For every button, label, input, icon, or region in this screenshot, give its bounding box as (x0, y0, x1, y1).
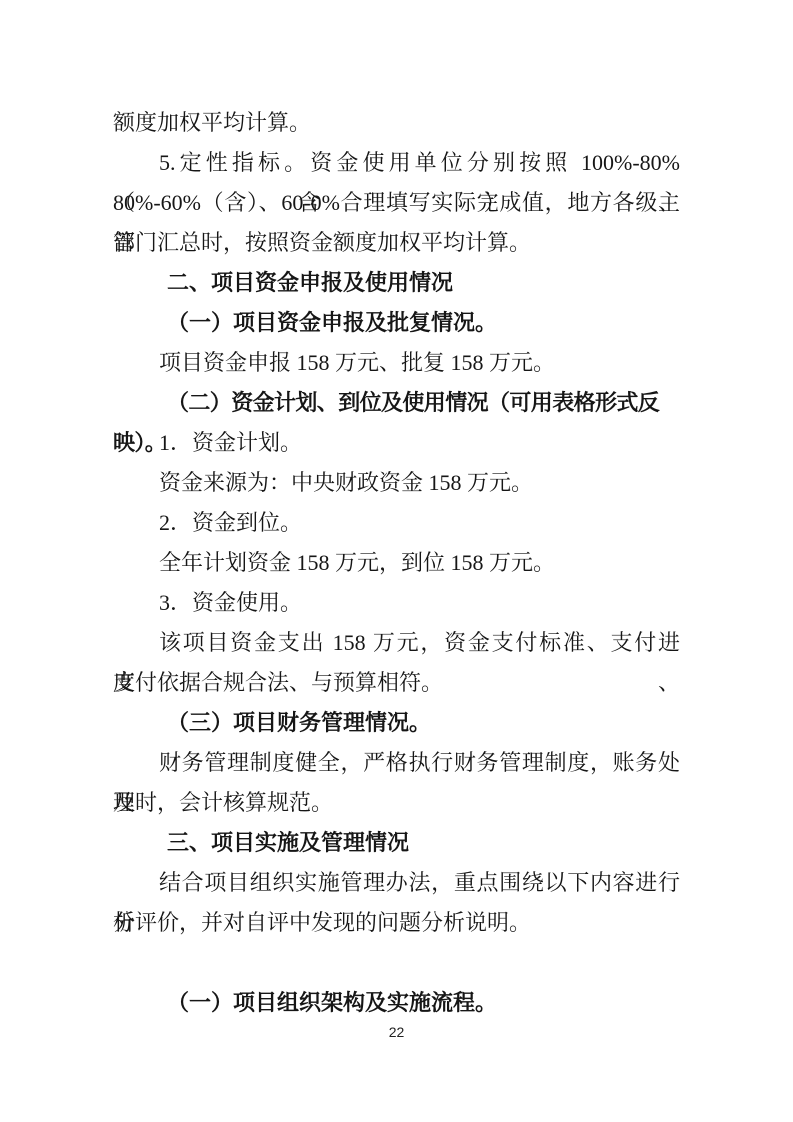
text-line: 5.定性指标。资金使用单位分别按照 100%-80%（含）、 (113, 143, 680, 183)
text-line: 析评价，并对自评中发现的问题分析说明。 (113, 903, 680, 943)
text-line: 结合项目组织实施管理办法，重点围绕以下内容进行分 (113, 863, 680, 903)
text-line: 部门汇总时，按照资金额度加权平均计算。 (113, 223, 680, 263)
subsection-heading: （一）项目组织架构及实施流程。 (113, 983, 680, 1023)
text-line: 财务管理制度健全，严格执行财务管理制度，账务处理 (113, 743, 680, 783)
section-heading: 三、项目实施及管理情况 (113, 823, 680, 863)
text-line: 及时，会计核算规范。 (113, 783, 680, 823)
text-line: 额度加权平均计算。 (113, 103, 680, 143)
text-line: 3．资金使用。 (113, 583, 680, 623)
text-line: 2．资金到位。 (113, 503, 680, 543)
text-line: 全年计划资金 158 万元，到位 158 万元。 (113, 543, 680, 583)
subsection-heading: （三）项目财务管理情况。 (113, 703, 680, 743)
page-number: 22 (0, 1024, 793, 1040)
text-line: 80%-60%（含）、60-0%合理填写实际完成值，地方各级主管 (113, 183, 680, 223)
section-heading: 二、项目资金申报及使用情况 (113, 263, 680, 303)
subsection-heading: （一）项目资金申报及批复情况。 (113, 303, 680, 343)
subsection-heading: （二）资金计划、到位及使用情况（可用表格形式反映）。 (113, 383, 680, 423)
text-line: 1．资金计划。 (113, 423, 680, 463)
document-content: 额度加权平均计算。5.定性指标。资金使用单位分别按照 100%-80%（含）、8… (113, 103, 680, 1023)
blank-line (113, 943, 680, 983)
text-line: 项目资金申报 158 万元、批复 158 万元。 (113, 343, 680, 383)
text-line: 资金来源为：中央财政资金 158 万元。 (113, 463, 680, 503)
text-line: 该项目资金支出 158 万元，资金支付标准、支付进度、 (113, 623, 680, 663)
document-page: 额度加权平均计算。5.定性指标。资金使用单位分别按照 100%-80%（含）、8… (0, 0, 793, 1122)
